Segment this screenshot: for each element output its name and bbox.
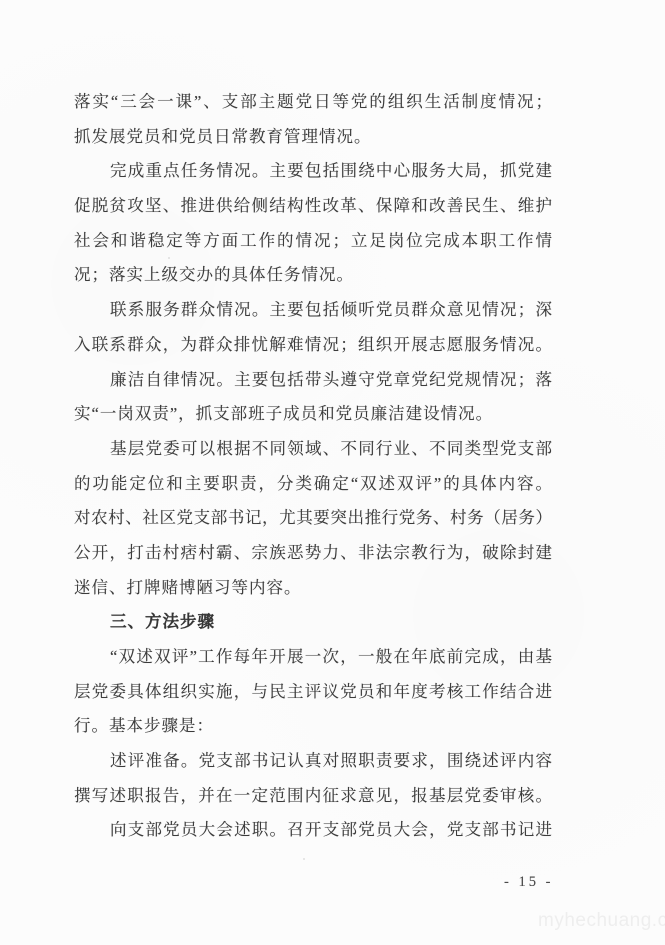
text-line: 行。基本步骤是： [74,709,552,744]
text-line: 抓发展党员和党员日常教育管理情况。 [74,120,552,155]
text-line: 公开，打击村痞村霸、宗族恶势力、非法宗教行为，破除封建 [74,536,552,571]
scan-speck [390,246,393,249]
text-line: 迷信、打牌赌博陋习等内容。 [74,571,552,606]
text-line: 落实“三会一课”、支部主题党日等党的组织生活制度情况； [74,85,552,120]
text-line: 述评准备。党支部书记认真对照职责要求，围绕述评内容 [74,744,552,779]
section-heading: 三、方法步骤 [74,605,552,640]
text-line: 实“一岗双责”，抓支部班子成员和党员廉洁建设情况。 [74,397,552,432]
text-line: 联系服务群众情况。主要包括倾听党员群众意见情况；深 [74,293,552,328]
text-line: 向支部党员大会述职。召开支部党员大会，党支部书记进 [74,813,552,848]
text-line: 基层党委可以根据不同领域、不同行业、不同类型党支部 [74,432,552,467]
scan-speck [168,257,170,259]
text-line: 对农村、社区党支部书记，尤其要突出推行党务、村务（居务） [74,501,552,536]
watermark: myhechuang.com [538,910,665,932]
text-line: 社会和谐稳定等方面工作的情况；立足岗位完成本职工作情 [74,224,552,259]
text-line: 况；落实上级交办的具体任务情况。 [74,258,552,293]
text-line: 入联系群众，为群众排忧解难情况；组织开展志愿服务情况。 [74,328,552,363]
text-line: 廉洁自律情况。主要包括带头遵守党章党纪党规情况；落 [74,363,552,398]
page-number: - 15 - [504,874,553,891]
document-page: 落实“三会一课”、支部主题党日等党的组织生活制度情况； 抓发展党员和党员日常教育… [0,0,665,945]
text-line: 的功能定位和主要职责，分类确定“双述双评”的具体内容。 [74,467,552,502]
text-line: 促脱贫攻坚、推进供给侧结构性改革、保障和改善民生、维护 [74,189,552,224]
text-line: 层党委具体组织实施，与民主评议党员和年度考核工作结合进 [74,675,552,710]
text-line: 撰写述职报告，并在一定范围内征求意见，报基层党委审核。 [74,779,552,814]
text-line: 完成重点任务情况。主要包括围绕中心服务大局，抓党建 [74,154,552,189]
document-text-block: 落实“三会一课”、支部主题党日等党的组织生活制度情况； 抓发展党员和党员日常教育… [74,85,552,848]
text-line: “双述双评”工作每年开展一次，一般在年底前完成，由基 [74,640,552,675]
scan-speck [303,858,305,860]
